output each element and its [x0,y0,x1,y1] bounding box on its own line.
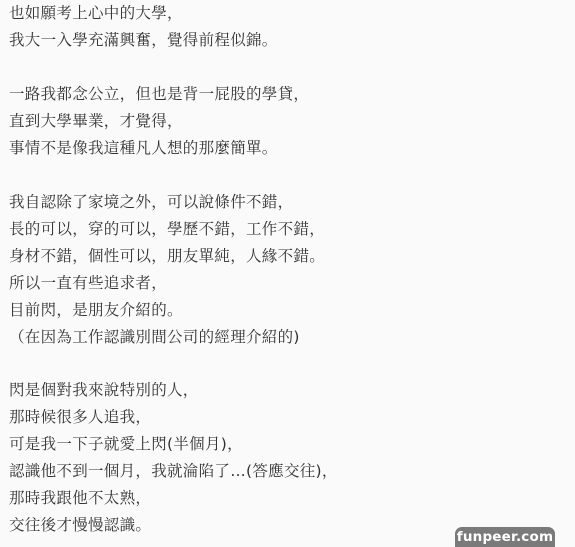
text-line: 我自認除了家境之外，可以說條件不錯， [9,189,325,216]
paragraph-4: 閃是個對我來說特別的人， 那時候很多人追我， 可是我一下子就愛上閃(半個月)， … [9,377,338,539]
watermark-badge: funpeer.com [455,527,555,547]
text-line: 那時我跟他不太熟， [9,485,338,512]
text-line: 長的可以，穿的可以，學歷不錯，工作不錯， [9,216,325,243]
text-line: 認識他不到一個月，我就淪陷了…(答應交往)， [9,458,338,485]
text-line: 那時候很多人追我， [9,404,338,431]
text-line: 所以一直有些追求者， [9,270,325,297]
text-line: 可是我一下子就愛上閃(半個月)， [9,431,338,458]
text-line: 一路我都念公立，但也是背一屁股的學貸， [9,81,309,108]
text-line: 交往後才慢慢認識。 [9,512,338,539]
text-line: 也如願考上心中的大學， [9,0,278,27]
paragraph-1: 也如願考上心中的大學， 我大一入學充滿興奮，覺得前程似錦。 [9,0,278,54]
text-line: 閃是個對我來說特別的人， [9,377,338,404]
text-line: （在因為工作認識別間公司的經理介紹的) [9,324,325,351]
paragraph-2: 一路我都念公立，但也是背一屁股的學貸， 直到大學畢業，才覺得， 事情不是像我這種… [9,81,309,162]
text-line: 直到大學畢業，才覺得， [9,108,309,135]
text-line: 身材不錯，個性可以，朋友單純，人緣不錯。 [9,243,325,270]
text-line: 事情不是像我這種凡人想的那麼簡單。 [9,135,309,162]
text-line: 目前閃，是朋友介紹的。 [9,297,325,324]
text-line: 我大一入學充滿興奮，覺得前程似錦。 [9,27,278,54]
paragraph-3: 我自認除了家境之外，可以說條件不錯， 長的可以，穿的可以，學歷不錯，工作不錯， … [9,189,325,351]
